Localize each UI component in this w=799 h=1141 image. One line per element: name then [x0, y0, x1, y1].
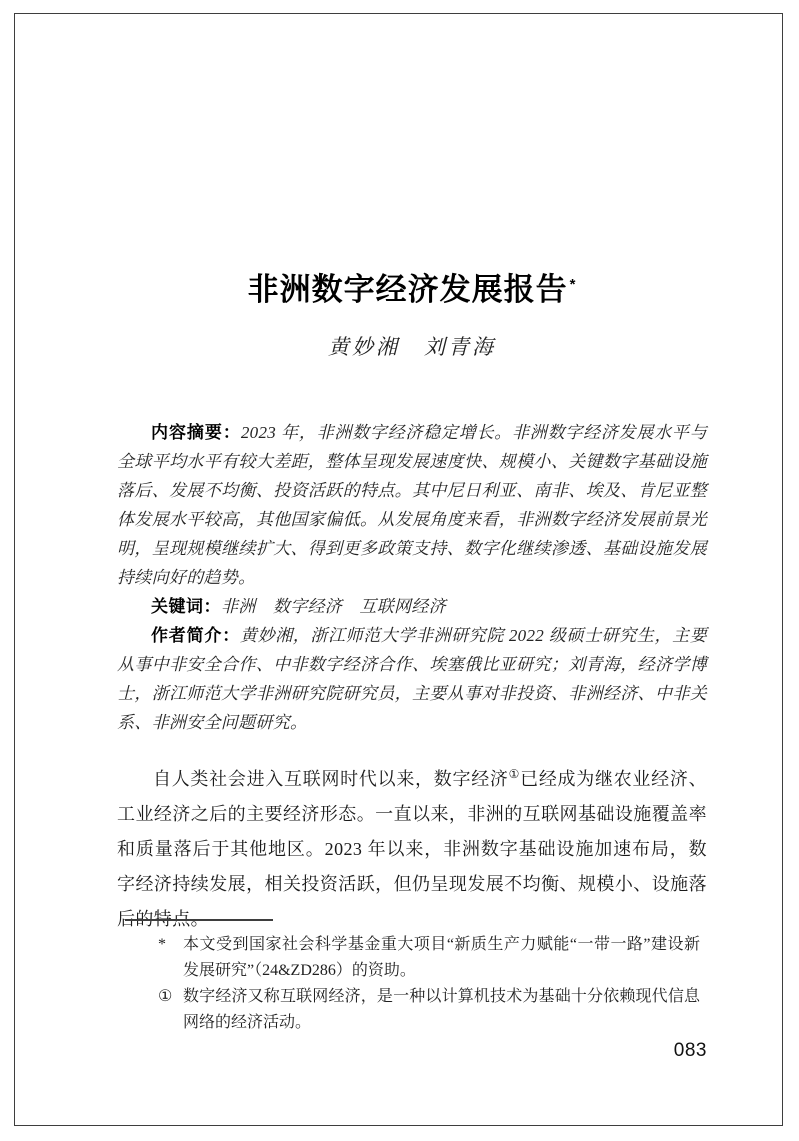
footnote-ref-superscript: ① — [509, 767, 520, 781]
page-canvas: 非洲数字经济发展报告* 黄妙湘 刘青海 内容摘要：2023 年，非洲数字经济稳定… — [0, 0, 799, 1141]
author-bio-label: 作者简介： — [151, 626, 240, 645]
keywords-line: 关键词：非洲 数字经济 互联网经济 — [117, 592, 707, 621]
page-number: 083 — [117, 1040, 707, 1062]
abstract-label: 内容摘要： — [151, 423, 241, 442]
front-matter-section: 内容摘要：2023 年，非洲数字经济稳定增长。非洲数字经济发展水平与全球平均水平… — [117, 418, 707, 737]
footnote-marker-asterisk: * — [158, 932, 183, 958]
footnote-marker-circled-one: ① — [158, 984, 183, 1010]
footnote-item: * 本文受到国家社会科学基金重大项目“新质生产力赋能“一带一路”建设新发展研究”… — [158, 932, 700, 984]
keywords-label: 关键词： — [151, 597, 221, 616]
body-paragraph: 自人类社会进入互联网时代以来，数字经济①已经成为继农业经济、工业经济之后的主要经… — [117, 762, 707, 937]
footnote-text: 本文受到国家社会科学基金重大项目“新质生产力赋能“一带一路”建设新发展研究”（2… — [183, 932, 700, 984]
abstract-text: 2023 年，非洲数字经济稳定增长。非洲数字经济发展水平与全球平均水平有较大差距… — [117, 423, 707, 587]
body-text-before-ref: 自人类社会进入互联网时代以来，数字经济 — [153, 769, 509, 789]
author-bio-paragraph: 作者简介：黄妙湘，浙江师范大学非洲研究院 2022 级硕士研究生，主要从事中非安… — [117, 621, 707, 737]
paper-title-text: 非洲数字经济发展报告 — [248, 272, 568, 307]
paper-title: 非洲数字经济发展报告* — [117, 271, 707, 308]
body-text-after-ref: 已经成为继农业经济、工业经济之后的主要经济形态。一直以来，非洲的互联网基础设施覆… — [117, 769, 707, 929]
footnotes-section: * 本文受到国家社会科学基金重大项目“新质生产力赋能“一带一路”建设新发展研究”… — [158, 932, 700, 1036]
keywords-text: 非洲 数字经济 互联网经济 — [221, 597, 446, 616]
footnote-divider-line — [125, 919, 273, 921]
title-footnote-marker: * — [570, 276, 577, 293]
footnote-item: ① 数字经济又称互联网经济，是一种以计算机技术为基础十分依赖现代信息网络的经济活… — [158, 984, 700, 1036]
abstract-paragraph: 内容摘要：2023 年，非洲数字经济稳定增长。非洲数字经济发展水平与全球平均水平… — [117, 418, 707, 592]
authors-line: 黄妙湘 刘青海 — [117, 334, 707, 361]
footnote-text: 数字经济又称互联网经济，是一种以计算机技术为基础十分依赖现代信息网络的经济活动。 — [183, 984, 700, 1036]
